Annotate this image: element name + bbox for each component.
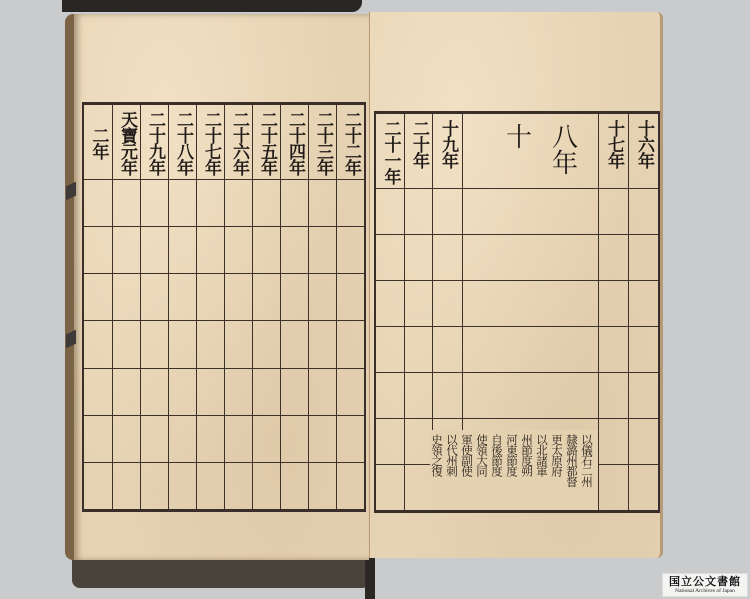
year-column: 二十一年 bbox=[376, 114, 404, 510]
column-header: 二十二年 bbox=[342, 111, 359, 175]
annotation-line: 更太原府 bbox=[549, 434, 564, 508]
column-header: 二十一年 bbox=[382, 120, 399, 184]
column-header: 二十六年 bbox=[230, 111, 247, 175]
year-column: 二十七年 bbox=[196, 105, 224, 509]
archive-watermark: 国立公文書館 National Archives of Japan bbox=[662, 573, 748, 597]
column-header: 二十三年 bbox=[314, 111, 331, 175]
column-header: 十八年 bbox=[463, 125, 598, 177]
column-header: 二十七年 bbox=[202, 111, 219, 175]
year-column: 十七年 bbox=[598, 114, 628, 510]
column-header: 二十年 bbox=[410, 120, 427, 168]
annotation-line: 州節度朔 bbox=[519, 434, 534, 508]
annotation-line: 自後節度 bbox=[489, 434, 504, 508]
column-header: 二年 bbox=[90, 127, 107, 159]
watermark-title: 国立公文書館 bbox=[669, 576, 741, 588]
column-header: 二十九年 bbox=[146, 111, 163, 175]
year-column: 二十九年 bbox=[140, 105, 168, 509]
annotation-line: 以儀石二州 bbox=[579, 434, 594, 508]
year-column: 二十四年 bbox=[280, 105, 308, 509]
right-page: 十六年 十七年 十八年 十九年 二十年 二十一年 bbox=[369, 12, 663, 558]
annotation-line: 以代州刺 bbox=[444, 434, 459, 508]
annotation-line: 河東節度 bbox=[504, 434, 519, 508]
book-spine-shadow bbox=[365, 556, 375, 599]
annotation-line: 以北諸軍 bbox=[534, 434, 549, 508]
column-header: 十七年 bbox=[605, 120, 622, 168]
year-column: 十六年 bbox=[628, 114, 658, 510]
annotation-line: 使領大同 bbox=[474, 434, 489, 508]
annotation-line: 隸潞州都督 bbox=[564, 434, 579, 508]
annotation-line: 軍使副使 bbox=[459, 434, 474, 508]
year-column: 二十三年 bbox=[308, 105, 336, 509]
watermark-subtitle: National Archives of Japan bbox=[675, 588, 735, 595]
column-header: 二十四年 bbox=[286, 111, 303, 175]
book-cover-top-edge bbox=[62, 0, 362, 12]
year-column: 天寶元年 bbox=[112, 105, 140, 509]
book-cover-bottom-edge bbox=[72, 558, 370, 588]
left-table-grid: 二十二年 二十三年 二十四年 二十五年 二十六年 二十七年 bbox=[84, 105, 364, 509]
annotation-note: 以儀石二州 隸潞州都督 更太原府 以北諸軍 州節度朔 河東節度 自後節度 使領大… bbox=[430, 430, 598, 510]
column-header: 二十五年 bbox=[258, 111, 275, 175]
year-column: 二十六年 bbox=[224, 105, 252, 509]
column-header: 十九年 bbox=[439, 120, 456, 168]
margin-tab-mark bbox=[66, 182, 76, 201]
left-table-frame: 二十二年 二十三年 二十四年 二十五年 二十六年 二十七年 bbox=[82, 102, 366, 512]
year-column: 二十年 bbox=[404, 114, 432, 510]
left-page: 二十二年 二十三年 二十四年 二十五年 二十六年 二十七年 bbox=[65, 14, 369, 560]
annotation-line: 史領之復 bbox=[429, 434, 444, 508]
column-header: 二十八年 bbox=[174, 111, 191, 175]
margin-tab-mark bbox=[66, 330, 76, 349]
year-column: 二十八年 bbox=[168, 105, 196, 509]
year-column: 二年 bbox=[84, 105, 112, 509]
year-column: 二十二年 bbox=[336, 105, 364, 509]
year-column: 二十五年 bbox=[252, 105, 280, 509]
right-table-frame: 十六年 十七年 十八年 十九年 二十年 二十一年 bbox=[374, 111, 660, 513]
column-header: 天寶元年 bbox=[118, 111, 135, 175]
column-header: 十六年 bbox=[635, 120, 652, 168]
